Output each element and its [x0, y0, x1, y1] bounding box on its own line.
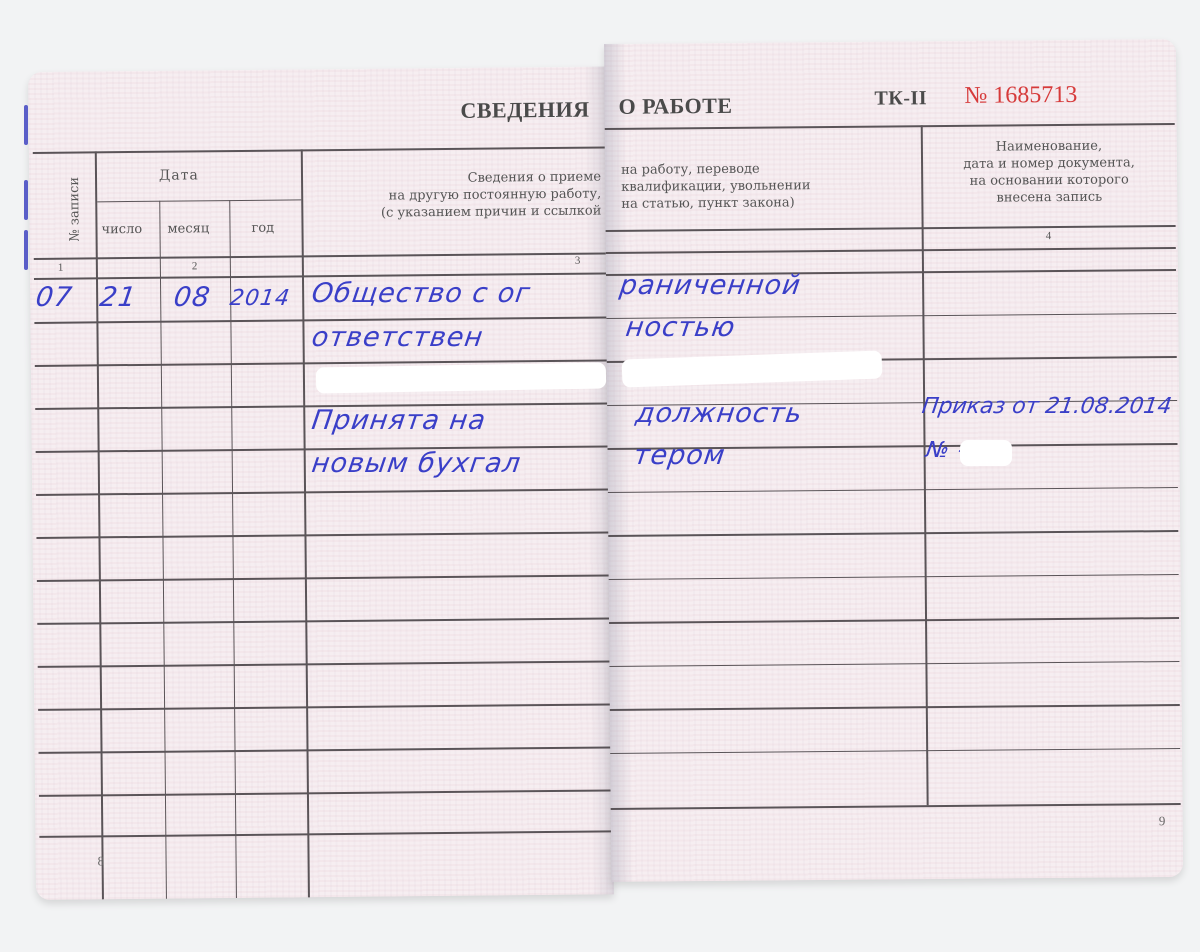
entry-info-line: должность [634, 398, 805, 429]
row-line [36, 488, 608, 495]
doc-header-line: Наименование, [925, 137, 1173, 156]
serial-number: № 1685713 [964, 82, 1077, 110]
col-number-2: 2 [192, 260, 198, 272]
entry-record-no: 07 [34, 282, 75, 313]
day-header: число [101, 221, 142, 238]
row-line [39, 746, 611, 753]
row-line [39, 789, 611, 796]
document-header: Наименование, дата и номер документа, на… [925, 137, 1174, 207]
doc-header-line: дата и номер документа, [925, 154, 1173, 173]
row-line [38, 703, 610, 710]
row-line [608, 530, 1178, 536]
colnum-line [606, 247, 1176, 254]
doc-header-line: на основании которого [925, 171, 1173, 190]
col-divider-3 [301, 149, 310, 897]
date-header: Дата [159, 167, 199, 184]
row-line [38, 660, 610, 667]
entry-day: 21 [98, 282, 139, 313]
entry-year: 2014 [228, 286, 292, 311]
col-number-3: 3 [575, 255, 581, 267]
col-number-4: 4 [1046, 230, 1052, 242]
heading-left: СВЕДЕНИЯ [460, 97, 589, 124]
month-header: месяц [167, 220, 209, 237]
col-number-1: 1 [58, 262, 64, 274]
header-bottom-line [606, 225, 1176, 232]
redaction [316, 362, 606, 393]
row-line [609, 661, 1179, 667]
table-bottom-line [39, 830, 611, 837]
row-line [36, 531, 608, 538]
entry-info-line: Общество с ог [310, 278, 533, 309]
info-header-right: на работу, переводе квалификации, увольн… [621, 160, 811, 213]
page-number-left: 8 [98, 853, 105, 869]
entry-document-line: Приказ от 21.08.2014 [920, 394, 1173, 419]
margin-ink-mark [24, 180, 28, 220]
record-no-header: № записи [67, 177, 83, 242]
year-header: год [251, 220, 274, 237]
entry-month: 08 [172, 282, 213, 313]
number-value: 1685713 [993, 82, 1077, 109]
entry-info-line: ответствен [310, 322, 486, 353]
doc-header-line: внесена запись [925, 188, 1173, 207]
info-header-left: Сведения о приеме на другую постоянную р… [319, 169, 601, 223]
col-divider-1 [95, 151, 104, 899]
row-line [609, 574, 1179, 580]
row-line [609, 617, 1179, 623]
date-subheader-line [97, 199, 301, 202]
margin-ink-mark [24, 105, 28, 145]
table-bottom-line [611, 803, 1181, 810]
margin-ink-mark [24, 230, 28, 270]
page-number-right: 9 [1159, 813, 1166, 829]
entry-info-line: тером [632, 440, 728, 471]
entry-info-line: новым бухгал [310, 448, 523, 479]
row-line [608, 487, 1178, 493]
entry-info-line: ностью [624, 312, 738, 343]
redaction [960, 440, 1012, 466]
number-sign: № [964, 83, 987, 109]
info-header-line: квалификации, увольнении [621, 177, 810, 196]
header-top-line [605, 123, 1175, 130]
heading-right: О РАБОТЕ [618, 93, 732, 120]
info-header-line: (с указанием причин и ссылкой [319, 203, 601, 223]
info-header-line: на работу, переводе [621, 160, 810, 179]
info-header-line: на статью, пункт закона) [621, 194, 810, 213]
series-label: ТК-II [874, 87, 927, 110]
row-line [610, 747, 1180, 753]
left-page: СВЕДЕНИЯ № записи Дата число месяц год С… [28, 66, 614, 900]
header-top-line [33, 146, 605, 153]
entry-info-line: раниченной [618, 270, 803, 301]
row-line [37, 574, 609, 581]
row-line [37, 617, 609, 624]
row-line [610, 704, 1180, 710]
header-bottom-line [34, 252, 606, 259]
entry-info-line: Принята на [310, 405, 488, 436]
